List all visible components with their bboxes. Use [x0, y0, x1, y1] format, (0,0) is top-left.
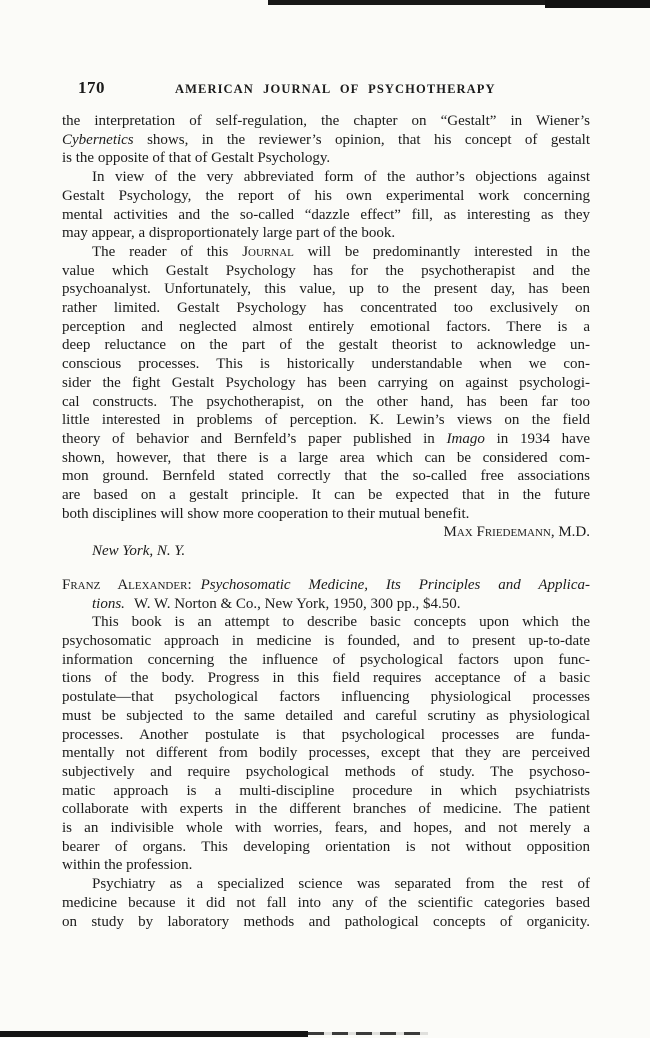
text-line: processes. Another postulate is that psy…	[62, 726, 590, 745]
text-segment: conscious processes. This is historicall…	[62, 356, 590, 372]
text-line: mental activities and the so-called “daz…	[62, 206, 590, 225]
page-number: 170	[78, 78, 105, 98]
text-line: theory of behavior and Bernfeld’s paper …	[62, 430, 590, 449]
text-line: The reader of this Journal will be predo…	[62, 243, 590, 262]
text-segment: :	[187, 577, 191, 593]
text-line: little interested in problems of percept…	[62, 411, 590, 430]
text-segment: postulate—that psychological factors inf…	[62, 689, 590, 705]
text-line: the interpretation of self-regulation, t…	[62, 112, 590, 131]
text-segment: collaborate with experts in the differen…	[62, 801, 590, 817]
text-segment: Journal	[242, 244, 294, 260]
text-segment: Max Friedemann	[444, 524, 551, 540]
text-segment: is an indivisible whole with worries, fe…	[62, 820, 590, 836]
text-line: psychosomatic approach in medicine is fo…	[62, 632, 590, 651]
text-line: are based on a gestalt principle. It can…	[62, 486, 590, 505]
text-line: Gestalt Psychology, the report of his ow…	[62, 187, 590, 206]
text-segment: W. W. Norton & Co., New York, 1950, 300 …	[134, 596, 461, 612]
text-segment: tions.	[92, 596, 125, 612]
text-line: mentally not different from bodily proce…	[62, 744, 590, 763]
text-segment: value which Gestalt Psychology has for t…	[62, 263, 590, 279]
text-segment: Imago	[447, 431, 485, 447]
text-line: medicine because it did not fall into an…	[62, 894, 590, 913]
text-segment: shows, in the reviewer’s opinion, that h…	[134, 132, 590, 148]
text-line: tions of the body. Progress in this fiel…	[62, 669, 590, 688]
text-segment: processes. Another postulate is that psy…	[62, 727, 590, 743]
text-segment: are based on a gestalt principle. It can…	[62, 487, 590, 503]
text-segment: Psychiatry as a specialized science was …	[92, 876, 590, 892]
scan-artifact-bottom-band	[0, 1031, 308, 1037]
continuation-paragraph: the interpretation of self-regulation, t…	[62, 112, 590, 168]
journal-running-header: AMERICAN JOURNAL OF PSYCHOTHERAPY	[175, 82, 496, 97]
text-segment: matic approach is a multi-discipline pro…	[62, 783, 590, 799]
text-segment: bearer of organs. This developing orient…	[62, 839, 590, 855]
text-segment: Gestalt Psychology, the report of his ow…	[62, 188, 590, 204]
text-line: mon ground. Bernfeld stated correctly th…	[62, 467, 590, 486]
text-segment: both disciplines will show more cooperat…	[62, 506, 469, 522]
text-line: sider the fight Gestalt Psychology has b…	[62, 374, 590, 393]
text-segment: Franz Alexander	[62, 577, 187, 593]
text-segment: cal constructs. The psychotherapist, on …	[62, 394, 590, 410]
text-segment: The reader of this	[92, 244, 242, 260]
text-line: New York, N. Y.	[62, 542, 590, 561]
text-segment: , M.D.	[551, 524, 590, 540]
text-line: matic approach is a multi-discipline pro…	[62, 782, 590, 801]
text-segment: mon ground. Bernfeld stated correctly th…	[62, 468, 590, 484]
text-segment: perception and neglected almost entirely…	[62, 319, 590, 335]
text-line: may appear, a disproportionately large p…	[62, 224, 590, 243]
scan-artifact-bottom-band-tail	[308, 1032, 428, 1035]
text-segment: is the opposite of that of Gestalt Psych…	[62, 150, 330, 166]
text-segment: Psychosomatic Medicine, Its Principles a…	[201, 577, 590, 593]
text-line: Max Friedemann, M.D.	[62, 523, 590, 542]
text-line: must be subjected to the same detailed a…	[62, 707, 590, 726]
review-citation: Franz Alexander:Psychosomatic Medicine, …	[62, 576, 590, 613]
text-line: perception and neglected almost entirely…	[62, 318, 590, 337]
text-line: both disciplines will show more cooperat…	[62, 505, 590, 524]
scan-artifact-top-band-right	[545, 0, 650, 8]
text-segment: psychoanalyst. Unfortunately, this value…	[62, 281, 590, 297]
text-segment: sider the fight Gestalt Psychology has b…	[62, 375, 590, 391]
text-segment: the interpretation of self-regulation, t…	[62, 113, 590, 129]
text-segment: must be subjected to the same detailed a…	[62, 708, 590, 724]
text-line: In view of the very abbreviated form of …	[62, 168, 590, 187]
reviewer-signature: Max Friedemann, M.D.	[62, 523, 590, 542]
text-line: is an indivisible whole with worries, fe…	[62, 819, 590, 838]
text-line: bearer of organs. This developing orient…	[62, 838, 590, 857]
text-line: tions.W. W. Norton & Co., New York, 1950…	[62, 595, 590, 614]
text-line: Cybernetics shows, in the reviewer’s opi…	[62, 131, 590, 150]
paragraph-reader-value: The reader of this Journal will be predo…	[62, 243, 590, 524]
text-segment: This book is an attempt to describe basi…	[92, 614, 590, 630]
paragraph-psychiatry: Psychiatry as a specialized science was …	[62, 875, 590, 931]
text-segment: Cybernetics	[62, 132, 134, 148]
text-segment: psychosomatic approach in medicine is fo…	[62, 633, 590, 649]
text-segment: on study by laboratory methods and patho…	[62, 914, 590, 930]
text-segment: little interested in problems of percept…	[62, 412, 590, 428]
text-segment: medicine because it did not fall into an…	[62, 895, 590, 911]
text-segment: shown, however, that there is a large ar…	[62, 450, 590, 466]
text-line: cal constructs. The psychotherapist, on …	[62, 393, 590, 412]
text-segment: may appear, a disproportionately large p…	[62, 225, 395, 241]
text-line: collaborate with experts in the differen…	[62, 800, 590, 819]
text-line: is the opposite of that of Gestalt Psych…	[62, 149, 590, 168]
text-segment: In view of the very abbreviated form of …	[92, 169, 590, 185]
text-line: value which Gestalt Psychology has for t…	[62, 262, 590, 281]
text-line: subjectively and require psychological m…	[62, 763, 590, 782]
text-line: psychoanalyst. Unfortunately, this value…	[62, 280, 590, 299]
text-line: conscious processes. This is historicall…	[62, 355, 590, 374]
text-line: deep reluctance on the part of the gesta…	[62, 336, 590, 355]
reviewer-location: New York, N. Y.	[62, 542, 590, 561]
text-segment: mentally not different from bodily proce…	[62, 745, 590, 761]
text-line: shown, however, that there is a large ar…	[62, 449, 590, 468]
text-segment: in 1934 have	[485, 431, 590, 447]
text-line: postulate—that psychological factors inf…	[62, 688, 590, 707]
text-segment: tions of the body. Progress in this fiel…	[62, 670, 590, 686]
text-segment: deep reluctance on the part of the gesta…	[62, 337, 590, 353]
text-segment: will be predominantly interested in the	[294, 244, 590, 260]
text-line: rather limited. Gestalt Psychology has c…	[62, 299, 590, 318]
text-segment: within the profession.	[62, 857, 192, 873]
text-line: on study by laboratory methods and patho…	[62, 913, 590, 932]
text-column: the interpretation of self-regulation, t…	[62, 112, 590, 931]
text-segment: New York, N. Y.	[92, 543, 185, 559]
paragraph-objections: In view of the very abbreviated form of …	[62, 168, 590, 243]
scanned-journal-page: 170 AMERICAN JOURNAL OF PSYCHOTHERAPY th…	[0, 0, 650, 1038]
text-line: information concerning the influence of …	[62, 651, 590, 670]
text-line: within the profession.	[62, 856, 590, 875]
text-segment: subjectively and require psychological m…	[62, 764, 590, 780]
text-line: Franz Alexander:Psychosomatic Medicine, …	[62, 576, 590, 595]
text-segment: information concerning the influence of …	[62, 652, 590, 668]
text-segment: theory of behavior and Bernfeld’s paper …	[62, 431, 447, 447]
paragraph-book-concepts: This book is an attempt to describe basi…	[62, 613, 590, 875]
text-line: This book is an attempt to describe basi…	[62, 613, 590, 632]
text-segment: rather limited. Gestalt Psychology has c…	[62, 300, 590, 316]
text-line: Psychiatry as a specialized science was …	[62, 875, 590, 894]
text-segment: mental activities and the so-called “daz…	[62, 207, 590, 223]
